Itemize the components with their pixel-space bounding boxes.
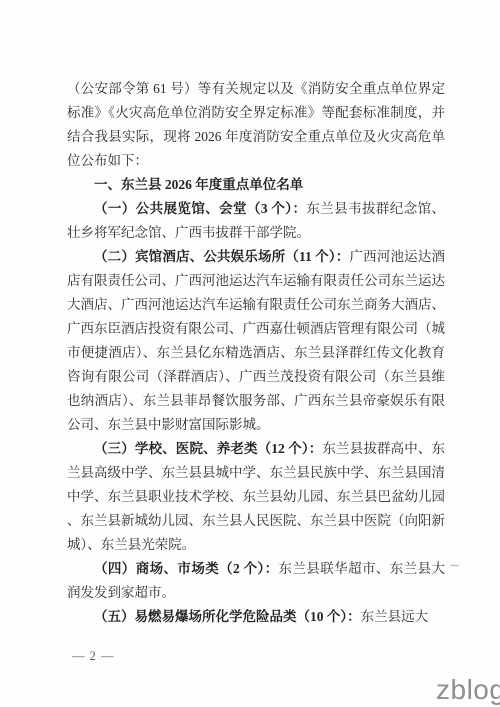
document-paragraph: 一、东兰县 2026 年度重点单位名单 bbox=[67, 173, 445, 197]
scan-artifact-mark: ~ bbox=[449, 556, 461, 577]
page-number: — 2 — bbox=[72, 649, 115, 664]
document-paragraph: （五）易燃易爆场所化学危险品类（10 个）：东兰县远大 bbox=[67, 605, 445, 629]
document-paragraph: （三）学校、医院、养老类（12 个）：东兰县拔群高中、东兰县高级中学、东兰县县城… bbox=[67, 437, 445, 557]
section-heading: （二）宾馆酒店、公共娱乐场所（11 个）： bbox=[94, 249, 350, 264]
paragraph-text: 东兰县远大 bbox=[361, 609, 429, 624]
section-heading: （三）学校、医院、养老类（12 个）： bbox=[94, 441, 322, 456]
watermark-zblog: zblog bbox=[436, 674, 500, 706]
paragraph-text: （公安部令第 61 号）等有关规定以及《消防安全重点单位界定标准》《火灾高危单位… bbox=[67, 81, 445, 168]
section-heading: 一、东兰县 2026 年度重点单位名单 bbox=[94, 177, 303, 192]
section-heading: （五）易燃易爆场所化学危险品类（10 个）： bbox=[94, 609, 361, 624]
section-heading: （一）公共展览馆、会堂（3 个）： bbox=[94, 201, 306, 216]
document-body: （公安部令第 61 号）等有关规定以及《消防安全重点单位界定标准》《火灾高危单位… bbox=[67, 77, 445, 629]
scanned-page: （公安部令第 61 号）等有关规定以及《消防安全重点单位界定标准》《火灾高危单位… bbox=[0, 0, 500, 707]
paragraph-text: 广西河池运达酒店有限责任公司、广西河池运达汽车运输有限责任公司东兰运达大酒店、广… bbox=[67, 249, 445, 432]
section-heading: （四）商场、市场类（2 个）： bbox=[94, 561, 279, 576]
paragraph-text: 东兰县拔群高中、东兰县高级中学、东兰县县城中学、东兰县民族中学、东兰县国清中学、… bbox=[67, 441, 445, 552]
document-paragraph: （一）公共展览馆、会堂（3 个）：东兰县韦拔群纪念馆、壮乡将军纪念馆、广西韦拔群… bbox=[67, 197, 445, 245]
document-paragraph: （公安部令第 61 号）等有关规定以及《消防安全重点单位界定标准》《火灾高危单位… bbox=[67, 77, 445, 173]
document-paragraph: （二）宾馆酒店、公共娱乐场所（11 个）：广西河池运达酒店有限责任公司、广西河池… bbox=[67, 245, 445, 437]
document-paragraph: （四）商场、市场类（2 个）：东兰县联华超市、东兰县大润发发到家超市。 bbox=[67, 557, 445, 605]
